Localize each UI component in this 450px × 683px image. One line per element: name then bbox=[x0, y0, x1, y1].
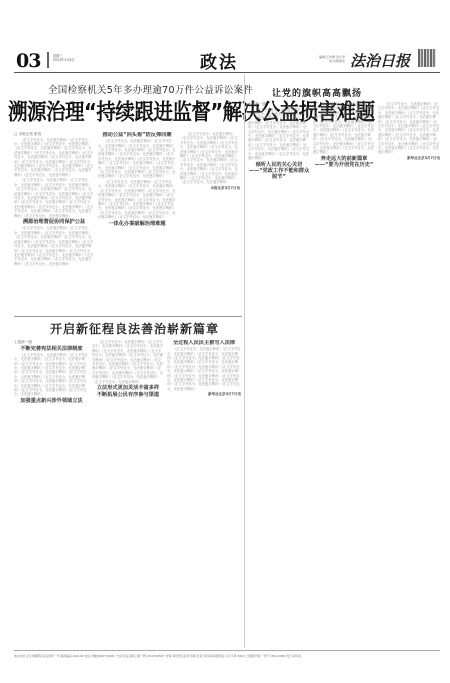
subhead: 不断拓展公民有序参与渠道 bbox=[92, 392, 164, 398]
subhead: 全过程人民民主被写入法律 bbox=[167, 340, 241, 346]
feature-column-3: （正文字号过小，无法逐字辨识）（正文字号过小，无法逐字辨识）（正文字号过小，无法… bbox=[378, 102, 440, 647]
newspaper-page: 03 星期三 2023年3月8日 政法 编辑/王幼群 李长青 校对/陈晓华 法治… bbox=[14, 48, 440, 660]
body-text: （正文字号过小，无法逐字辨识）（正文字号过小，无法逐字辨识）（正文字号过小，无法… bbox=[14, 226, 94, 266]
lead-column-3: （正文字号过小，无法逐字辨识）（正文字号过小，无法逐字辨识）（正文字号过小，无法… bbox=[180, 132, 240, 308]
body-text: （正文字号过小，无法逐字辨识）（正文字号过小，无法逐字辨识）（正文字号过小，无法… bbox=[92, 340, 164, 384]
page-number: 03 bbox=[16, 50, 40, 72]
issue-date: 2023年3月8日 bbox=[53, 58, 75, 62]
qr-code-icon bbox=[418, 49, 436, 67]
body-text: （正文字号过小，无法逐字辨识）（正文字号过小，无法逐字辨识）（正文字号过小，无法… bbox=[98, 139, 176, 179]
body-text: （正文字号过小，无法逐字辨识）（正文字号过小，无法逐字辨识）（正文字号过小，无法… bbox=[14, 138, 94, 178]
feature-headline: 让党的旗帜高高飘扬 bbox=[272, 86, 362, 99]
body-text: （正文字号过小，无法逐字辨识）（正文字号过小，无法逐字辨识）（正文字号过小，无法… bbox=[14, 178, 94, 218]
column-rule bbox=[244, 74, 245, 648]
date-info: 星期三 2023年3月8日 bbox=[53, 54, 75, 62]
masthead-divider bbox=[47, 52, 49, 68]
lead-column-2: 推动公益“回头看”防反弹回潮 （正文字号过小，无法逐字辨识）（正文字号过小，无法… bbox=[98, 132, 176, 308]
subhead: 奔走远大的前新篇章 ——“要为开创党在历史” bbox=[313, 156, 375, 168]
byline: □ 本报记者 张昊 bbox=[14, 132, 94, 136]
body-text: （正文字号过小，无法逐字辨识）（正文字号过小，无法逐字辨识）（正文字号过小，无法… bbox=[14, 353, 89, 397]
feature-column-2: （正文字号过小，无法逐字辨识）（正文字号过小，无法逐字辨识）（正文字号过小，无法… bbox=[313, 102, 375, 647]
section-title: 政法 bbox=[200, 48, 238, 73]
subhead: 一体化办案破解治理难题 bbox=[98, 221, 176, 227]
body-text: （正文字号过小，无法逐字辨识）（正文字号过小，无法逐字辨识）（正文字号过小，无法… bbox=[167, 347, 241, 391]
source-line: 新华社北京3月7日电 bbox=[167, 392, 241, 396]
body-text: （正文字号过小，无法逐字辨识）（正文字号过小，无法逐字辨识）（正文字号过小，无法… bbox=[313, 102, 375, 155]
continued-tag: 上接第一版 bbox=[14, 340, 89, 344]
body-text: （正文字号过小，无法逐字辨识）（正文字号过小，无法逐字辨识）（正文字号过小，无法… bbox=[248, 108, 310, 161]
paper-logo: 法治日报 bbox=[350, 50, 410, 71]
subhead: 溯源治理督促协同保护公益 bbox=[14, 219, 94, 225]
second-column-2: （正文字号过小，无法逐字辨识）（正文字号过小，无法逐字辨识）（正文字号过小，无法… bbox=[92, 340, 164, 645]
subhead: 推动公益“回头看”防反弹回潮 bbox=[98, 132, 176, 138]
source-line: 本报北京3月7日讯 bbox=[180, 186, 240, 190]
masthead: 03 星期三 2023年3月8日 政法 编辑/王幼群 李长青 校对/陈晓华 法治… bbox=[14, 48, 440, 73]
body-text: （正文字号过小，无法逐字辨识）（正文字号过小，无法逐字辨识）（正文字号过小，无法… bbox=[98, 180, 176, 220]
section-divider bbox=[14, 316, 242, 317]
proofreader-line: 校对/陈晓华 bbox=[309, 59, 345, 63]
subhead: 加强重点新兴涉外领域立法 bbox=[14, 398, 89, 404]
subhead: 倾听人民的关心关切 ——“党政工作不能和群众脱节” bbox=[248, 162, 310, 180]
body-text: （正文字号过小，无法逐字辨识）（正文字号过小，无法逐字辨识）（正文字号过小，无法… bbox=[180, 132, 240, 185]
editor-credits: 编辑/王幼群 李长青 校对/陈晓华 bbox=[309, 55, 345, 63]
second-column-3: 全过程人民民主被写入法律 （正文字号过小，无法逐字辨识）（正文字号过小，无法逐字… bbox=[167, 340, 241, 645]
second-column-1: 上接第一版 不断完善宪法相关法律制度 （正文字号过小，无法逐字辨识）（正文字号过… bbox=[14, 340, 89, 645]
body-text: （正文字号过小，无法逐字辨识）（正文字号过小，无法逐字辨识）（正文字号过小，无法… bbox=[378, 102, 440, 155]
subhead: 立法形式更加灵活丰富多样 bbox=[92, 385, 164, 391]
continued-tag: 上接第一版 bbox=[248, 102, 310, 106]
footer-imprint: 本社社址:北京市朝阳区花家地甲一号 邮政编码:100102 电话:中继线8477… bbox=[14, 650, 440, 658]
feature-column-1: 上接第一版 （正文字号过小，无法逐字辨识）（正文字号过小，无法逐字辨识）（正文字… bbox=[248, 102, 310, 647]
subhead: 不断完善宪法相关法律制度 bbox=[14, 346, 89, 352]
lead-column-1: □ 本报记者 张昊 （正文字号过小，无法逐字辨识）（正文字号过小，无法逐字辨识）… bbox=[14, 132, 94, 308]
source-line: 新华社北京3月7日电 bbox=[378, 156, 440, 160]
second-headline: 开启新征程良法善治崭新篇章 bbox=[50, 320, 219, 337]
